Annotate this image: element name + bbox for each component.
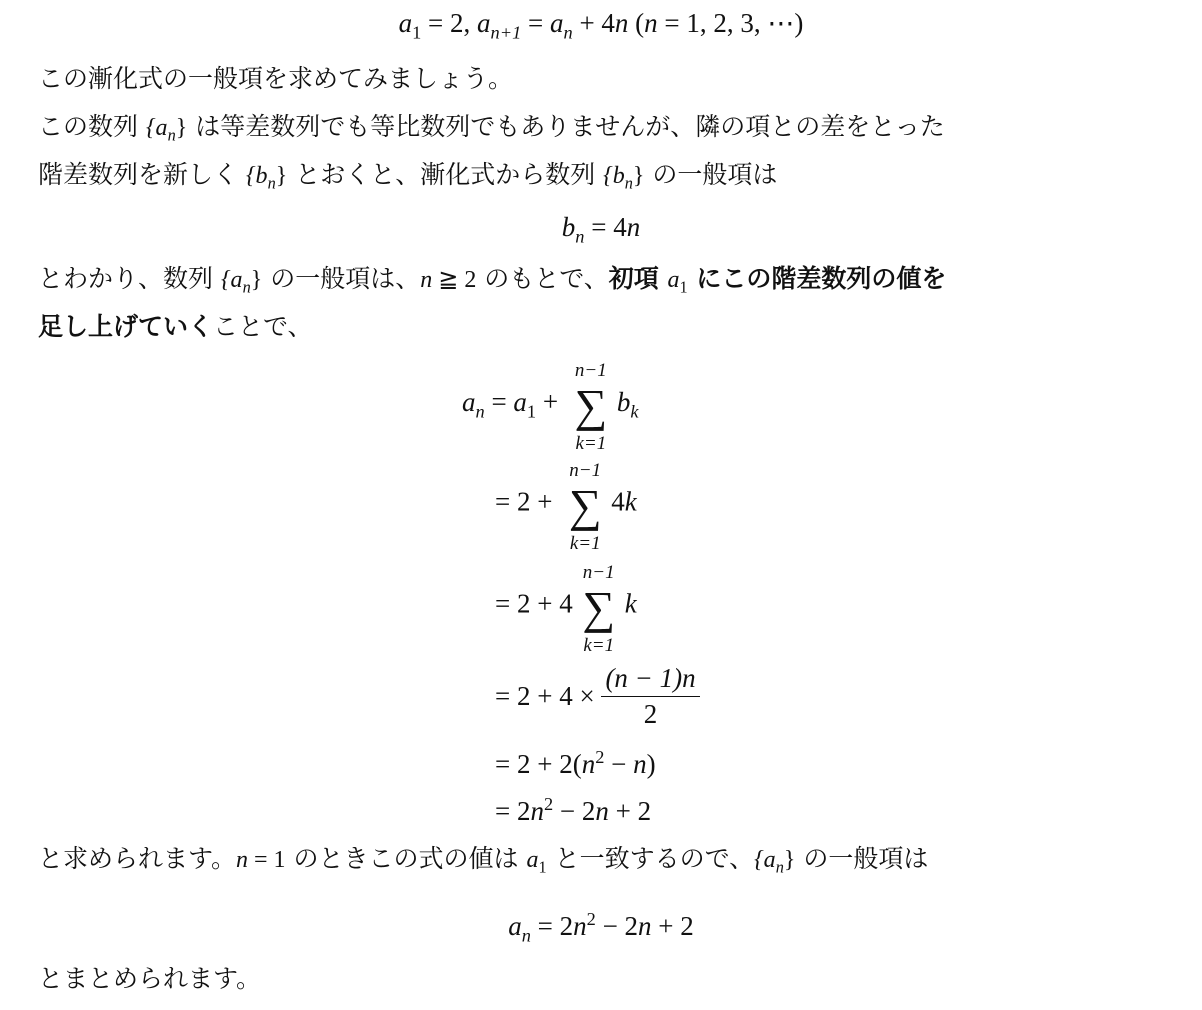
fraction: (n − 1)n2 — [601, 665, 699, 728]
sequence-description: この数列 {an} は等差数列でも等比数列でもありませんが、隣の項との差をとった — [38, 114, 945, 144]
intro-text: この漸化式の一般項を求めてみましょう。 — [38, 66, 513, 91]
closing-text: とまとめられます。 — [38, 966, 261, 991]
derivation-row-2: = 2 + n−1∑k=14k — [495, 483, 637, 529]
bn-formula: bn = 4n — [0, 214, 1202, 246]
summation-symbol: n−1∑k=1 — [563, 483, 607, 529]
final-formula: an = 2n2 − 2n + 2 — [0, 910, 1202, 945]
summation-text: 足し上げていくことで、 — [38, 314, 313, 339]
general-term-text: とわかり、数列 {an} の一般項は、n ≧ 2 のもとで、初項 a1 にこの階… — [38, 266, 946, 296]
derivation-row-1: an = a1 + n−1∑k=1bk — [462, 383, 639, 429]
summation-symbol: n−1∑k=1 — [569, 383, 613, 429]
verification-text: と求められます。n = 1 のときこの式の値は a1 と一致するので、{an} … — [38, 846, 928, 876]
difference-sequence-text: 階差数列を新しく {bn} とおくと、漸化式から数列 {bn} の一般項は — [38, 162, 777, 192]
derivation-row-4: = 2 + 4 × (n − 1)n2 — [495, 665, 700, 728]
derivation-row-3: = 2 + 4n−1∑k=1k — [495, 585, 637, 631]
derivation-row-6: = 2n2 − 2n + 2 — [495, 795, 651, 825]
recurrence-formula: a1 = 2, an+1 = an + 4n (n = 1, 2, 3, ⋯) — [0, 10, 1202, 42]
summation-symbol: n−1∑k=1 — [577, 585, 621, 631]
derivation-row-5: = 2 + 2(n2 − n) — [495, 748, 656, 778]
